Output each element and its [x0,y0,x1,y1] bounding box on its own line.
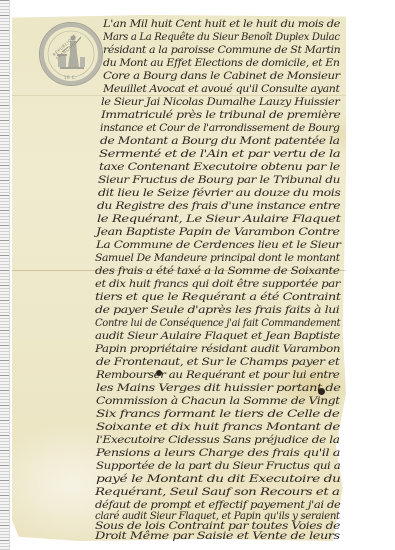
manuscript-line-31: Six francs formant le tiers de Celle de [96,409,339,420]
manuscript-line-28: Rembourser au Requérant et pour lui entr… [96,370,340,381]
manuscript-line-11: Sermenté et de l'Ain et par vertu de la [99,149,340,160]
manuscript-line-27: de Frontenaut, et Sur le Champs payer et [96,357,339,368]
stamp-value: 10 C. [64,75,77,80]
manuscript-line-3: résidant a la paroisse Commune de St Mar… [103,45,340,56]
measurement-ruler [0,0,10,550]
manuscript-line-17: Jean Baptiste Papin de Varambon Contre [96,227,339,238]
manuscript-line-23: de payer Seule d'après les frais faits à… [95,305,339,316]
manuscript-line-6: Meuillet Avocat et avoué qu'il Consulte … [103,84,340,95]
manuscript-line-33: l'Executoire Cidessus Sans préjudice de … [96,435,340,446]
manuscript-line-25: audit Sieur Aulaire Flaquet et Jean Bapt… [95,331,340,342]
manuscript-line-4: du Mont au Effet Elections de domicile, … [103,58,340,69]
manuscript-line-20: des frais a été taxé a la Somme de Soixa… [95,266,339,277]
republique-francaise-stamp: RÉPUBLIQUE FRANÇAISE 10 C. [39,22,103,86]
manuscript-line-7: le Sieur Jai Nicolas Dumalhe Lauzy Huiss… [101,97,339,108]
manuscript-line-2: Mars a La Requête du Sieur Benoît Duplex… [103,32,340,43]
manuscript-line-35: Supportée de la part du Sieur Fructus qu… [96,461,340,472]
paper-fold-line [12,95,346,96]
manuscript-line-15: du Registre des frais d'une instance ent… [97,201,340,212]
manuscript-line-19: Samuel De Mandeure principal dont le mon… [95,253,340,264]
manuscript-line-26: Papin propriétaire résidant audit Varamb… [95,344,340,355]
manuscript-line-34: Pensions a leurs Charge des frais qu'il … [96,448,340,459]
manuscript-line-32: Soixante et dix huit francs Montant de [96,422,340,433]
ink-blot [156,370,162,376]
manuscript-line-38: défaut de prompt et effectif payement j'… [95,500,340,511]
manuscript-line-5: Core a Bourg dans le Cabinet de Monsieur [103,71,340,82]
manuscript-line-30: Commission à Chacun la Somme de Vingt [96,396,340,407]
manuscript-line-9: instance et Cour de l'arrondissement de … [100,123,340,134]
manuscript-line-13: Sieur Fructus de Bourg par le Tribunal d… [98,175,340,186]
manuscript-line-10: de Montant a Bourg du Mont patentée la [100,136,340,147]
manuscript-line-12: taxe Contenant Executoire obtenu par le [99,162,340,173]
manuscript-line-36: payé le Montant du dit Executoire du [96,474,340,485]
manuscript-line-14: dit lieu le Seize février au douze du mo… [98,188,340,199]
manuscript-line-22: tiers et que le Requérant a été Contrain… [95,292,341,303]
manuscript-line-29: les Mains Verges dit huissier portant de [96,383,340,394]
manuscript-line-1: L'an Mil huit Cent huit et le huit du mo… [103,19,340,30]
manuscript-line-8: Immatriculé près le tribunal de première [101,110,340,121]
ink-blot [318,388,325,395]
manuscript-line-24: Contre lui de Conséquence j'ai fait Comm… [95,318,340,329]
manuscript-line-21: et dix huit francs qui doit être support… [95,279,340,290]
manuscript-line-16: le Requérant, Le Sieur Aulaire Flaquet [97,214,340,225]
manuscript-line-18: La Commune de Cerdences lieu et le Sieur [96,240,341,251]
manuscript-line-37: Requérant, Seul Sauf son Recours et a [95,487,340,498]
